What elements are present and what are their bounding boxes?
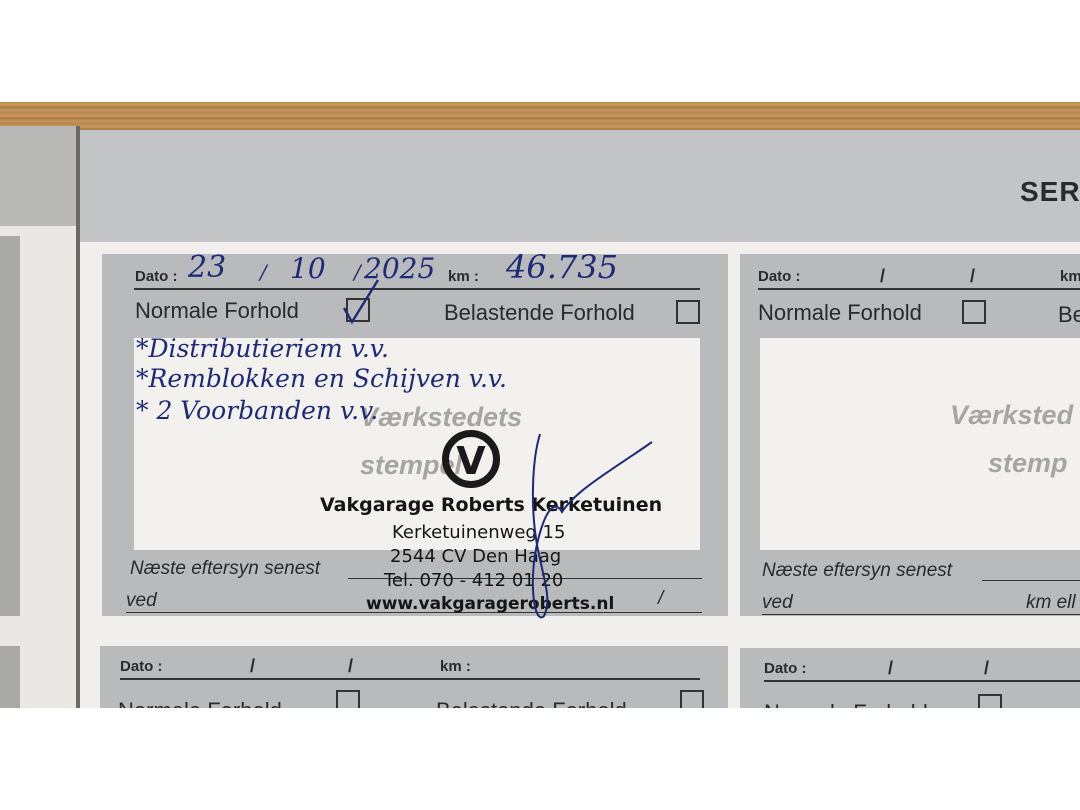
watermark-stempel: stemp xyxy=(988,448,1068,479)
dato-day-value[interactable]: 23 xyxy=(188,250,226,285)
normale-forhold-checkbox[interactable] xyxy=(336,690,360,708)
dato-sep-1: / xyxy=(880,266,885,287)
dato-label: Dato : xyxy=(135,268,178,285)
normale-forhold-label: Normale Forhold xyxy=(135,298,299,324)
normale-forhold-label: Normale Forhold xyxy=(758,300,922,326)
km-eller-label: km ell xyxy=(1026,592,1076,614)
stamp-area: Værksted stemp xyxy=(760,338,1080,550)
service-entry-card-4: Dato : / / Normale Forhold xyxy=(740,648,1080,708)
km-label: km : xyxy=(440,658,471,675)
naeste-eftersyn-label: Næste eftersyn senest xyxy=(762,560,952,582)
handwritten-line-3: * 2 Voorbanden v.v. xyxy=(136,396,378,425)
ved-label: ved xyxy=(126,590,157,612)
dato-sep-1: / xyxy=(260,260,267,284)
service-booklet-photo: SER Dato : 23 / 10 / 2025 km : 46.735 No… xyxy=(0,102,1080,708)
watermark-vaerkstedets: Værksted xyxy=(950,400,1073,431)
watermark-vaerkstedets: Værkstedets xyxy=(360,402,522,433)
normale-forhold-label: Normale Forhold xyxy=(764,700,928,708)
service-entry-card-1: Dato : 23 / 10 / 2025 km : 46.735 Normal… xyxy=(102,254,728,616)
dato-sep-2: / xyxy=(348,656,353,677)
naeste-eftersyn-line[interactable] xyxy=(982,580,1080,581)
dato-label: Dato : xyxy=(764,660,807,677)
checkmark-icon xyxy=(340,278,390,328)
service-entry-card-2: Dato : / / km Normale Forhold Be Værkste… xyxy=(740,254,1080,616)
belastende-forhold-label: Belastende Forhold xyxy=(436,698,627,708)
belastende-forhold-checkbox[interactable] xyxy=(676,300,700,324)
left-page xyxy=(0,126,80,708)
dato-underline xyxy=(758,262,1080,290)
dato-label: Dato : xyxy=(120,658,163,675)
dato-sep-1: / xyxy=(888,658,893,679)
naeste-eftersyn-label: Næste eftersyn senest xyxy=(130,558,320,580)
handwritten-line-1: *Distributieriem v.v. xyxy=(136,334,389,363)
dato-sep-2: / xyxy=(970,266,975,287)
dato-month-value[interactable]: 10 xyxy=(290,252,326,285)
handwritten-line-2: *Remblokken en Schijven v.v. xyxy=(136,364,507,393)
belastende-forhold-checkbox[interactable] xyxy=(680,690,704,708)
normale-forhold-checkbox[interactable] xyxy=(962,300,986,324)
ved-label: ved xyxy=(762,592,793,614)
km-label: km xyxy=(1060,268,1080,285)
service-page: SER Dato : 23 / 10 / 2025 km : 46.735 No… xyxy=(80,130,1080,708)
km-value[interactable]: 46.735 xyxy=(506,248,618,286)
ved-line[interactable] xyxy=(762,614,1080,615)
belastende-forhold-label: Be xyxy=(1058,302,1080,328)
dato-underline xyxy=(764,654,1080,682)
dato-sep-1: / xyxy=(250,656,255,677)
belastende-forhold-label: Belastende Forhold xyxy=(444,300,635,326)
dato-sep-2: / xyxy=(984,658,989,679)
vakgarage-logo-icon: V xyxy=(442,430,500,488)
normale-forhold-checkbox[interactable] xyxy=(978,694,1002,708)
page-title: SER xyxy=(1020,176,1080,208)
normale-forhold-label: Normale Forhold xyxy=(118,698,282,708)
km-label: km : xyxy=(448,268,479,285)
page-header: SER xyxy=(80,130,1080,242)
dato-underline xyxy=(120,652,700,680)
signature xyxy=(522,430,662,620)
service-entry-card-3: Dato : / / km : Normale Forhold Belasten… xyxy=(100,646,728,708)
dato-label: Dato : xyxy=(758,268,801,285)
